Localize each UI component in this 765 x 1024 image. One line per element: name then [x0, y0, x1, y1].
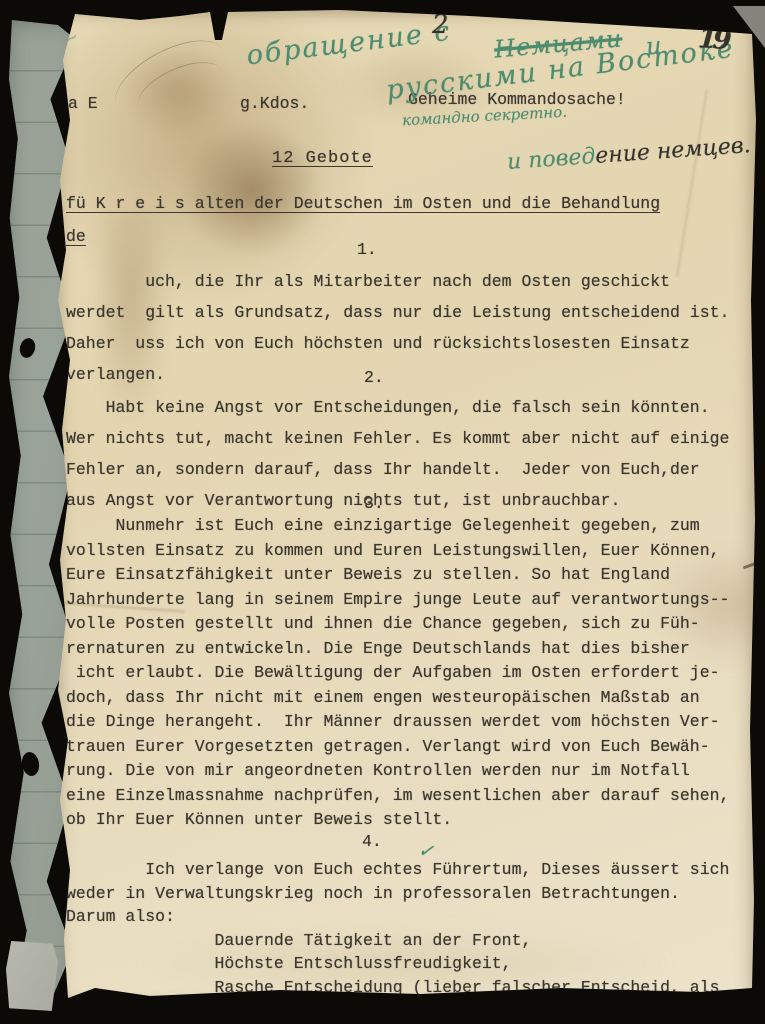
handwritten-annotation-line1: обращение с: [245, 16, 453, 72]
document-sheet: ·~ a E g.Kdos. Geheime Kommandosache! об…: [55, 8, 758, 1008]
paper-fragment-bottom-left: [6, 941, 58, 1011]
handwritten-page-number: 19: [697, 23, 729, 56]
document-title: 12 Gebote: [272, 149, 373, 168]
pencil-scribble: [104, 25, 236, 131]
section-body-2: Habt keine Angst vor Entscheidungen, die…: [66, 392, 729, 516]
section-number-1: 1.: [357, 240, 377, 259]
section-body-3: Nunmehr ist Euch eine einzigartige Geleg…: [66, 514, 729, 833]
handwritten-green-part: и повед: [506, 144, 596, 175]
handwritten-number-2: 2: [432, 10, 449, 40]
section-number-4: 4.: [362, 832, 382, 851]
gkdos-abbreviation: g.Kdos.: [240, 94, 309, 113]
stain: [120, 43, 235, 138]
scanned-document-page: ·~ a E g.Kdos. Geheime Kommandosache! об…: [0, 0, 765, 1024]
section-body-4: Ich verlange von Euch echtes Führertum, …: [66, 858, 729, 1023]
section-body-1: uch, die Ihr als Mitarbeiter nach dem Os…: [66, 266, 729, 390]
tear-mark: [743, 562, 757, 570]
section-number-2: 2.: [364, 368, 384, 387]
pencil-scribble: [131, 51, 230, 125]
stamp-left: a E: [68, 94, 98, 113]
section-number-3: 3.: [364, 494, 384, 513]
handwritten-dark-part: ение немцев.: [594, 133, 751, 169]
